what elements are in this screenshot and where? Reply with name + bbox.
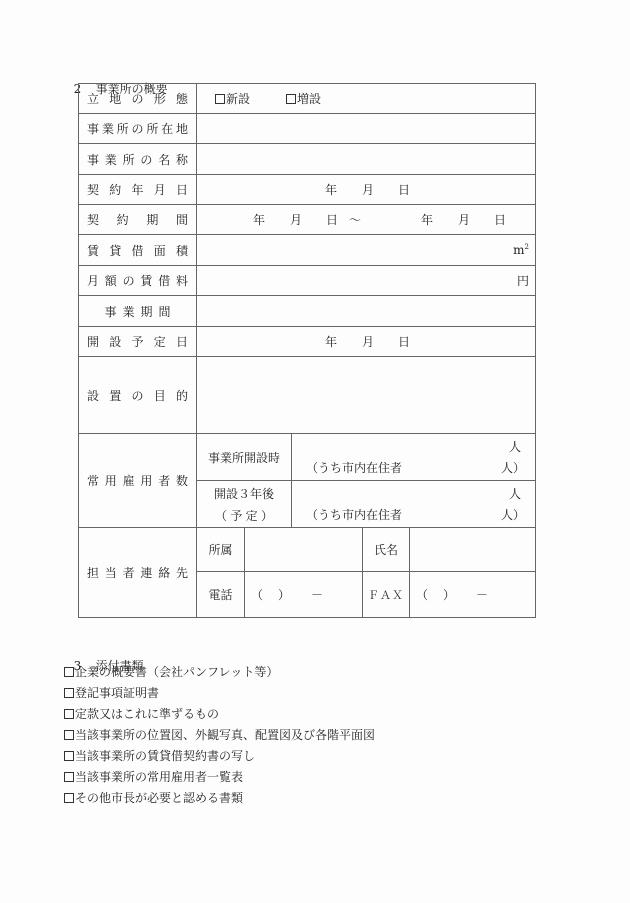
location-type-options: 新設 増設 bbox=[215, 84, 515, 113]
label-name: 事 業 所 の 名 称 bbox=[79, 144, 196, 174]
paren-open: （ bbox=[251, 586, 263, 603]
attachment-label: 登記事項証明書 bbox=[75, 684, 159, 701]
label-char: 面 bbox=[154, 242, 166, 259]
dash: － bbox=[476, 586, 488, 603]
label-char: 契 bbox=[87, 181, 99, 198]
label-char: 業 bbox=[122, 303, 134, 320]
phone-field[interactable]: （ ） － bbox=[245, 572, 362, 617]
label-char: 地 bbox=[176, 120, 188, 137]
label-char: 的 bbox=[176, 387, 188, 404]
label-at-opening: 事業所開設時 bbox=[197, 434, 291, 480]
label-char: 年 bbox=[131, 181, 143, 198]
label-char: 雇 bbox=[123, 472, 135, 489]
purpose-field[interactable] bbox=[197, 357, 535, 433]
attachment-label: 企業の概要書（会社パンフレット等） bbox=[75, 663, 278, 680]
label-char: 事 bbox=[104, 303, 116, 320]
checkbox-icon[interactable] bbox=[64, 772, 74, 782]
label-char: 用 bbox=[105, 472, 117, 489]
label-char: 在 bbox=[161, 120, 173, 137]
table-border-right bbox=[535, 83, 536, 618]
resident-label: （うち市内在住者 bbox=[306, 459, 402, 476]
paren-open: （ bbox=[416, 586, 428, 603]
label-char: 目 bbox=[154, 387, 166, 404]
checkbox-icon[interactable] bbox=[64, 688, 74, 698]
label-char: 者 bbox=[158, 472, 170, 489]
label-contract-date: 契 約 年 月 日 bbox=[79, 175, 196, 204]
department-field[interactable] bbox=[245, 528, 362, 571]
checkbox-icon[interactable] bbox=[64, 667, 74, 677]
label-char: 業 bbox=[102, 120, 114, 137]
label-department: 所属 bbox=[197, 528, 244, 571]
after-3y-label: 開設３年後 bbox=[197, 485, 291, 502]
lease-area-field[interactable]: m2 bbox=[197, 235, 535, 265]
contract-period-field[interactable]: 年 月 日 ～ 年 月 日 bbox=[197, 205, 535, 234]
label-char: 借 bbox=[158, 272, 170, 289]
label-char: 数 bbox=[176, 472, 188, 489]
checkbox-icon[interactable] bbox=[64, 793, 74, 803]
label-char: 間 bbox=[159, 303, 171, 320]
checkbox-icon[interactable] bbox=[286, 94, 296, 104]
dash: － bbox=[311, 586, 323, 603]
month-label: 月 bbox=[362, 181, 374, 198]
label-char: 称 bbox=[176, 151, 188, 168]
label-char: 者 bbox=[123, 564, 135, 581]
label-char: 間 bbox=[176, 211, 188, 228]
from-year-label: 年 bbox=[253, 211, 265, 228]
to-month-label: 月 bbox=[458, 211, 470, 228]
label-char: 設 bbox=[109, 333, 121, 350]
label-char: 期 bbox=[141, 303, 153, 320]
label-location-type: 立 地 の 形 態 bbox=[79, 84, 196, 113]
label-char: 借 bbox=[131, 242, 143, 259]
label-opening-date: 開 設 予 定 日 bbox=[79, 327, 196, 356]
attachment-label: 当該事業所の賃貸借契約書の写し bbox=[75, 747, 255, 764]
checkbox-label: 増設 bbox=[297, 90, 321, 107]
label-char: 業 bbox=[105, 151, 117, 168]
label-char: 連 bbox=[140, 564, 152, 581]
label-char: 絡 bbox=[158, 564, 170, 581]
label-char: の bbox=[123, 272, 135, 289]
label-char: 常 bbox=[87, 472, 99, 489]
label-char: 事 bbox=[87, 120, 99, 137]
label-employees: 常 用 雇 用 者 数 bbox=[79, 434, 196, 527]
attachment-item[interactable]: その他市長が必要と認める書類 bbox=[64, 789, 243, 806]
square-meter-unit: m2 bbox=[513, 243, 529, 257]
label-contract-period: 契 約 期 間 bbox=[79, 205, 196, 234]
label-business-period: 事 業 期 間 bbox=[79, 296, 196, 326]
label-char: 賃 bbox=[140, 272, 152, 289]
label-char: 担 bbox=[87, 564, 99, 581]
label-char: 開 bbox=[87, 333, 99, 350]
name-field[interactable] bbox=[197, 144, 535, 174]
opening-date-field[interactable]: 年 月 日 bbox=[197, 327, 535, 356]
label-char: 月 bbox=[154, 181, 166, 198]
label-phone: 電話 bbox=[197, 572, 244, 617]
label-char: 当 bbox=[105, 564, 117, 581]
business-period-field[interactable] bbox=[197, 296, 535, 326]
resident-unit: 人） bbox=[501, 459, 525, 476]
label-char: 期 bbox=[146, 211, 158, 228]
label-char: 約 bbox=[109, 181, 121, 198]
label-char: 月 bbox=[87, 272, 99, 289]
label-char: の bbox=[131, 387, 143, 404]
label-monthly-rent: 月 額 の 賃 借 料 bbox=[79, 266, 196, 295]
label-char: 約 bbox=[117, 211, 129, 228]
label-contact: 担 当 者 連 絡 先 bbox=[79, 528, 196, 617]
to-year-label: 年 bbox=[421, 211, 433, 228]
tilde-separator: ～ bbox=[349, 211, 361, 228]
yen-unit: 円 bbox=[517, 272, 529, 289]
label-after-3-years: 開設３年後 （ 予 定 ） bbox=[197, 481, 291, 527]
label-char: 予 bbox=[131, 333, 143, 350]
label-char: の bbox=[131, 90, 143, 107]
person-name-field[interactable] bbox=[410, 528, 535, 571]
label-purpose: 設 置 の 目 的 bbox=[79, 357, 196, 433]
contract-date-field[interactable]: 年 月 日 bbox=[197, 175, 535, 204]
day-label: 日 bbox=[398, 333, 410, 350]
attachment-label: その他市長が必要と認める書類 bbox=[75, 789, 243, 806]
attachment-item[interactable]: 定款又はこれに準ずるもの bbox=[64, 705, 219, 722]
label-char: 立 bbox=[87, 90, 99, 107]
attachment-item[interactable]: 当該事業所の賃貸借契約書の写し bbox=[64, 747, 255, 764]
label-address: 事 業 所 の 所 在 地 bbox=[79, 114, 196, 143]
label-person-name: 氏名 bbox=[363, 528, 409, 571]
label-char: 用 bbox=[140, 472, 152, 489]
label-char: 定 bbox=[154, 333, 166, 350]
label-char: 積 bbox=[176, 242, 188, 259]
checkbox-icon[interactable] bbox=[64, 751, 74, 761]
attachment-label: 当該事業所の位置図、外観写真、配置図及び各階平面図 bbox=[75, 726, 375, 743]
checkbox-icon[interactable] bbox=[64, 709, 74, 719]
monthly-rent-field[interactable]: 円 bbox=[197, 266, 535, 295]
checkbox-icon[interactable] bbox=[64, 730, 74, 740]
label-char: 名 bbox=[158, 151, 170, 168]
label-char: の bbox=[131, 120, 143, 137]
label-char: 料 bbox=[176, 272, 188, 289]
attachment-label: 定款又はこれに準ずるもの bbox=[75, 705, 219, 722]
attachment-item[interactable]: 当該事業所の位置図、外観写真、配置図及び各階平面図 bbox=[64, 726, 375, 743]
day-label: 日 bbox=[398, 181, 410, 198]
checkbox-icon[interactable] bbox=[215, 94, 225, 104]
employees-after-3y-field[interactable]: 人 （うち市内在住者 人） bbox=[292, 481, 535, 527]
person-unit: 人 bbox=[509, 438, 521, 455]
label-lease-area: 賃 貸 借 面 積 bbox=[79, 235, 196, 265]
label-char: 日 bbox=[176, 333, 188, 350]
label-char: 契 bbox=[87, 211, 99, 228]
label-fax: ＦＡＸ bbox=[363, 572, 409, 617]
from-month-label: 月 bbox=[290, 211, 302, 228]
label-char: 事 bbox=[87, 151, 99, 168]
paren-close: ） bbox=[443, 586, 455, 603]
year-label: 年 bbox=[325, 333, 337, 350]
employees-at-opening-field[interactable]: 人 （うち市内在住者 人） bbox=[292, 434, 535, 480]
row-line bbox=[78, 617, 536, 618]
attachment-item[interactable]: 企業の概要書（会社パンフレット等） bbox=[64, 663, 278, 680]
fax-field[interactable]: （ ） － bbox=[410, 572, 535, 617]
resident-unit: 人） bbox=[501, 506, 525, 523]
person-unit: 人 bbox=[509, 485, 521, 502]
label-char: 所 bbox=[123, 151, 135, 168]
label-char: 形 bbox=[154, 90, 166, 107]
attachment-item[interactable]: 当該事業所の常用雇用者一覧表 bbox=[64, 768, 243, 785]
label-char: 額 bbox=[105, 272, 117, 289]
to-day-label: 日 bbox=[494, 211, 506, 228]
year-label: 年 bbox=[325, 181, 337, 198]
label-char: 日 bbox=[176, 181, 188, 198]
label-char: 態 bbox=[176, 90, 188, 107]
label-char: 置 bbox=[109, 387, 121, 404]
checkbox-label: 新設 bbox=[226, 90, 250, 107]
label-char: 先 bbox=[176, 564, 188, 581]
label-char: 賃 bbox=[87, 242, 99, 259]
label-char: 貸 bbox=[109, 242, 121, 259]
label-char: 所 bbox=[146, 120, 158, 137]
planned-label: （ 予 定 ） bbox=[197, 507, 291, 524]
resident-label: （うち市内在住者 bbox=[306, 506, 402, 523]
paren-close: ） bbox=[278, 586, 290, 603]
from-day-label: 日 bbox=[326, 211, 338, 228]
label-char: 設 bbox=[87, 387, 99, 404]
address-field[interactable] bbox=[197, 114, 535, 143]
checkbox-new[interactable]: 新設 bbox=[215, 90, 250, 107]
attachment-item[interactable]: 登記事項証明書 bbox=[64, 684, 159, 701]
attachment-label: 当該事業所の常用雇用者一覧表 bbox=[75, 768, 243, 785]
label-char: の bbox=[140, 151, 152, 168]
label-char: 所 bbox=[117, 120, 129, 137]
checkbox-expansion[interactable]: 増設 bbox=[286, 90, 321, 107]
label-char: 地 bbox=[109, 90, 121, 107]
month-label: 月 bbox=[362, 333, 374, 350]
